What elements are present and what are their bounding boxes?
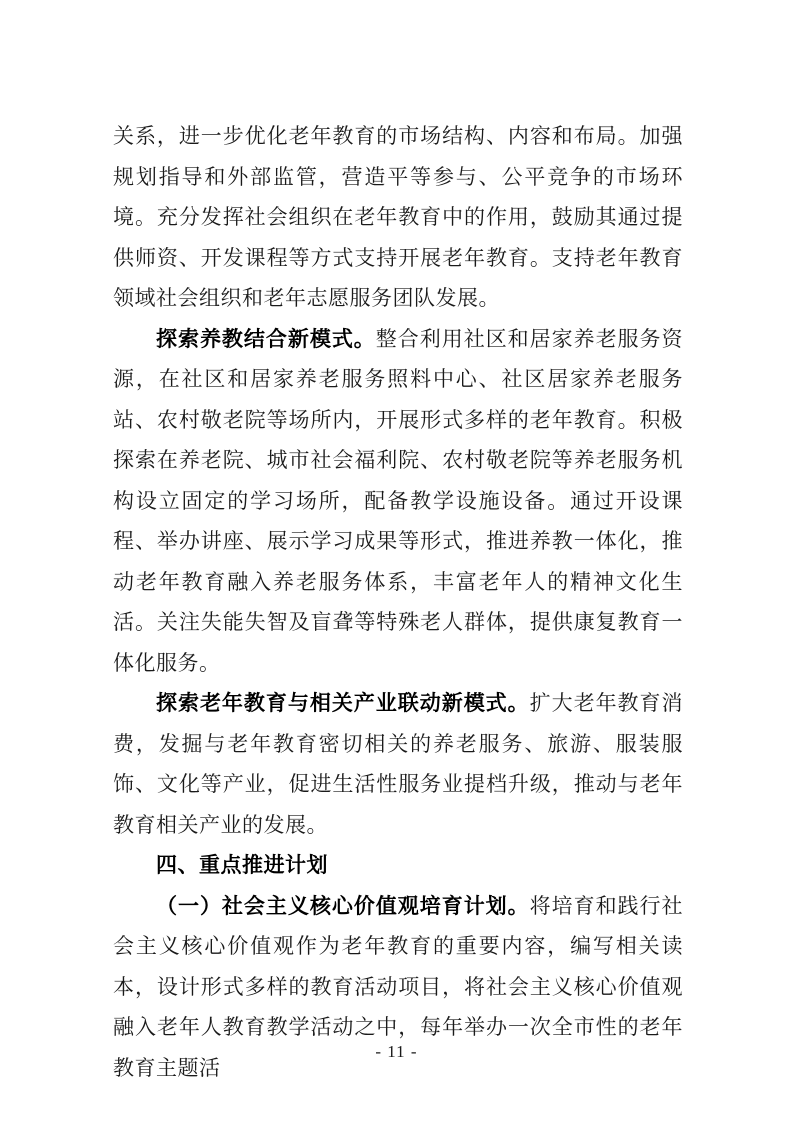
paragraph-market-structure-continuation: 关系，进一步优化老年教育的市场结构、内容和布局。加强规划指导和外部监管，营造平等… [113,116,683,319]
section-heading-key-promotion-plans: 四、重点推进计划 [113,845,683,886]
page-number: - 11 - [375,1042,417,1061]
paragraph-industry-linkage-model: 探索老年教育与相关产业联动新模式。扩大老年教育消费，发掘与老年教育密切相关的养老… [113,683,683,845]
emphasis-run: 探索老年教育与相关产业联动新模式。 [156,691,530,715]
document-page: 关系，进一步优化老年教育的市场结构、内容和布局。加强规划指导和外部监管，营造平等… [0,0,793,1122]
emphasis-run: 四、重点推进计划 [156,853,328,877]
emphasis-run: 探索养教结合新模式。 [156,327,376,351]
document-body: 关系，进一步优化老年教育的市场结构、内容和布局。加强规划指导和外部监管，营造平等… [113,116,683,1088]
paragraph-care-education-model: 探索养教结合新模式。整合利用社区和居家养老服务资源，在社区和居家养老服务照料中心… [113,319,683,684]
emphasis-run: （一）社会主义核心价值观培育计划。 [156,894,530,918]
text-run: 关系，进一步优化老年教育的市场结构、内容和布局。加强规划指导和外部监管，营造平等… [113,124,683,310]
text-run: 整合利用社区和居家养老服务资源，在社区和居家养老服务照料中心、社区居家养老服务站… [113,327,683,675]
page-footer: - 11 - [0,1042,793,1062]
